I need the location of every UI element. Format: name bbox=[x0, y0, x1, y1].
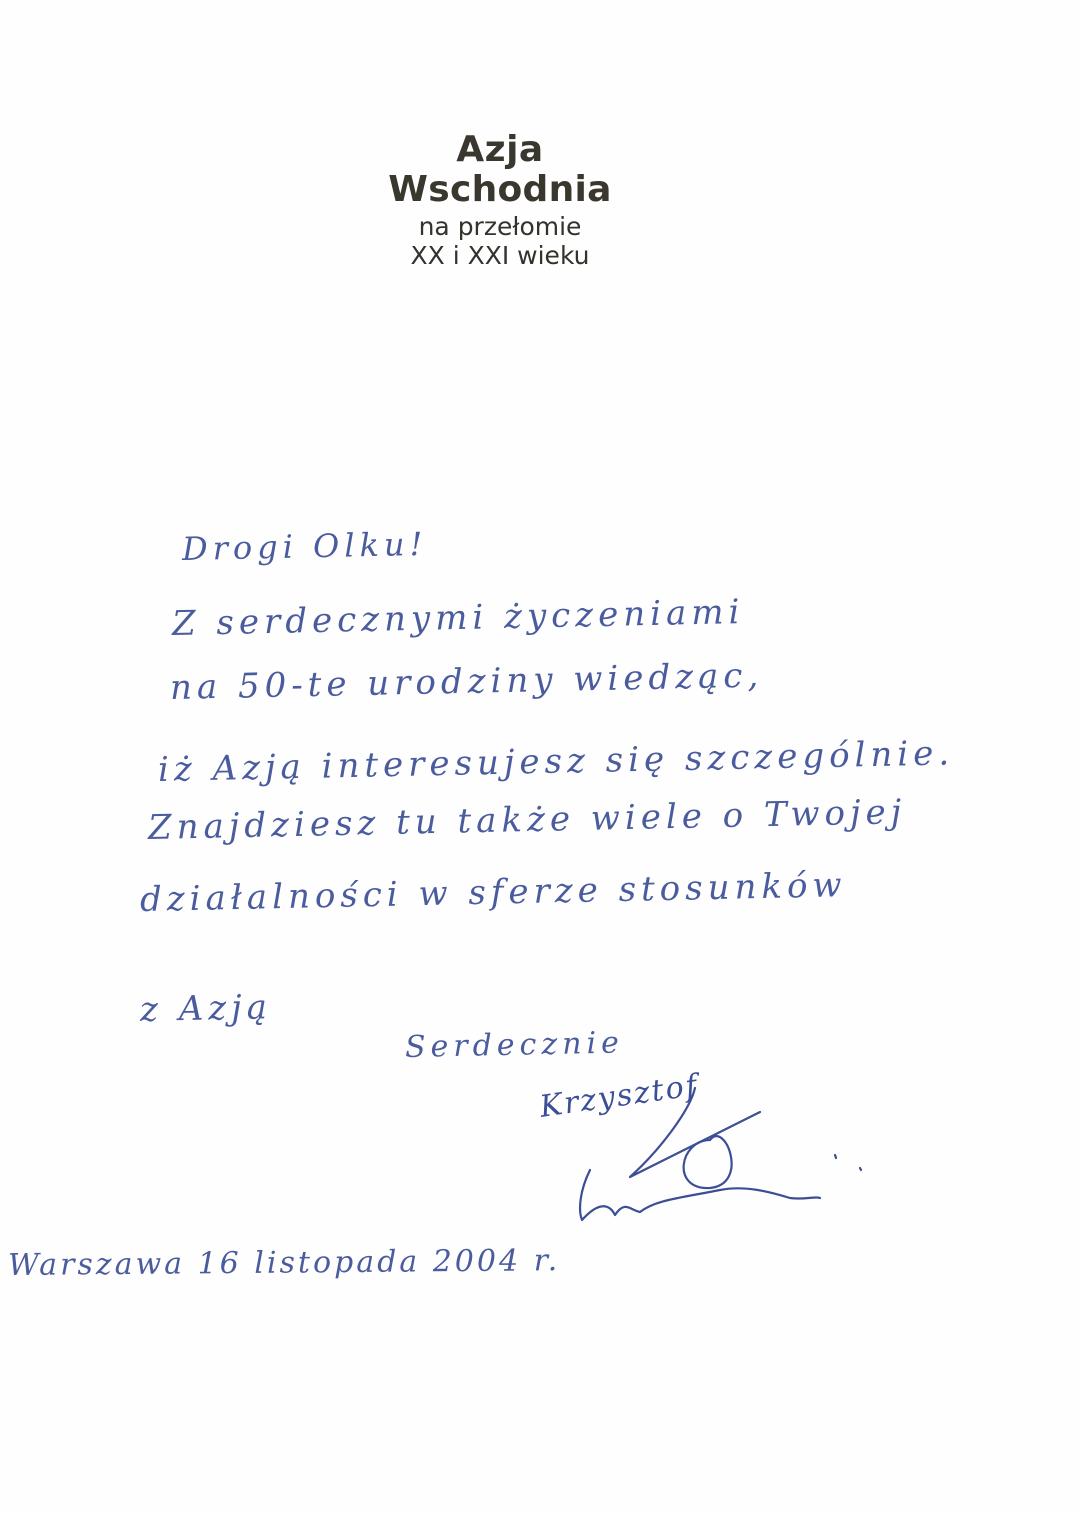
dedication-line: z Azją bbox=[140, 987, 273, 1030]
scanned-page: Azja Wschodnia na przełomie XX i XXI wie… bbox=[0, 0, 1080, 1513]
dedication-closing: Serdecznie bbox=[405, 1025, 625, 1065]
title-line-2: Wschodnia bbox=[370, 170, 630, 210]
subtitle-line-1: na przełomie bbox=[370, 212, 630, 241]
signature: Krzysztof bbox=[520, 1080, 880, 1240]
dedication-salutation: Drogi Olku! bbox=[182, 525, 428, 568]
dedication-line: iż Azją interesujesz się szczególnie. bbox=[158, 733, 955, 790]
title-line-1: Azja bbox=[370, 130, 630, 170]
place-and-date: Warszawa 16 listopada 2004 r. bbox=[8, 1243, 561, 1283]
dedication-line: Z serdecznymi życzeniami bbox=[172, 592, 745, 644]
dedication-line: działalności w sferze stosunków bbox=[140, 865, 847, 920]
book-title: Azja Wschodnia na przełomie XX i XXI wie… bbox=[370, 130, 630, 270]
subtitle-line-2: XX i XXI wieku bbox=[370, 241, 630, 270]
dedication-line: na 50-te urodziny wiedząc, bbox=[170, 656, 764, 708]
dedication-line: Znajdziesz tu także wiele o Twojej bbox=[148, 792, 907, 848]
